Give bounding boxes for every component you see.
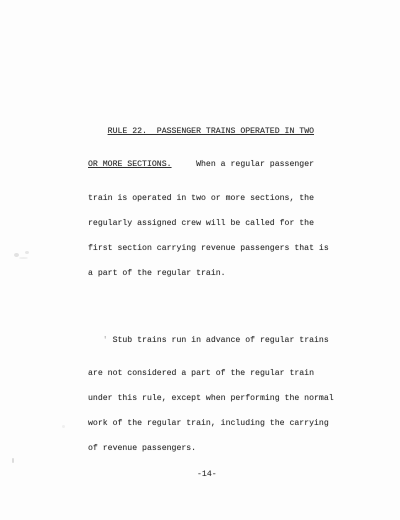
paragraph2-line4: work of the regular train, including the… (88, 420, 334, 428)
paragraph-gap (88, 303, 334, 311)
scan-speck (62, 425, 65, 428)
rule-heading-line-2: OR MORE SECTIONS. When a regular passeng… (88, 161, 334, 169)
rule-heading-title-part2: OR MORE SECTIONS. (88, 160, 172, 169)
scan-speck (25, 251, 29, 254)
paragraph2-line5: of revenue passengers. (88, 445, 334, 453)
paragraph1-line3: regularly assigned crew will be called f… (88, 220, 334, 228)
paragraph2-line3: under this rule, except when performing … (88, 395, 334, 403)
scan-speck (14, 253, 19, 257)
rule-22-text-block: RULE 22. PASSENGER TRAINS OPERATED IN TW… (88, 103, 334, 478)
paragraph2-line2: are not considered a part of the regular… (88, 370, 334, 378)
page-number: -14- (197, 471, 217, 479)
scan-speck (12, 458, 14, 463)
paragraph2-line1-text: Stub trains run in advance of regular tr… (108, 336, 329, 345)
paragraph1-line2: train is operated in two or more section… (88, 195, 334, 203)
paragraph1-line4: first section carrying revenue passenger… (88, 245, 334, 253)
paragraph1-line1-text: When a regular passenger (172, 160, 315, 169)
scan-speck (19, 257, 28, 259)
heading-indent (88, 127, 108, 136)
stray-typewriter-mark: ' (88, 336, 108, 345)
scanned-document-page: RULE 22. PASSENGER TRAINS OPERATED IN TW… (0, 0, 400, 520)
paragraph1-line5: a part of the regular train. (88, 270, 334, 278)
rule-heading-line-1: RULE 22. PASSENGER TRAINS OPERATED IN TW… (88, 128, 334, 136)
paragraph2-line1: ' Stub trains run in advance of regular … (88, 337, 334, 345)
rule-heading-title-part1: RULE 22. PASSENGER TRAINS OPERATED IN TW… (108, 127, 314, 136)
